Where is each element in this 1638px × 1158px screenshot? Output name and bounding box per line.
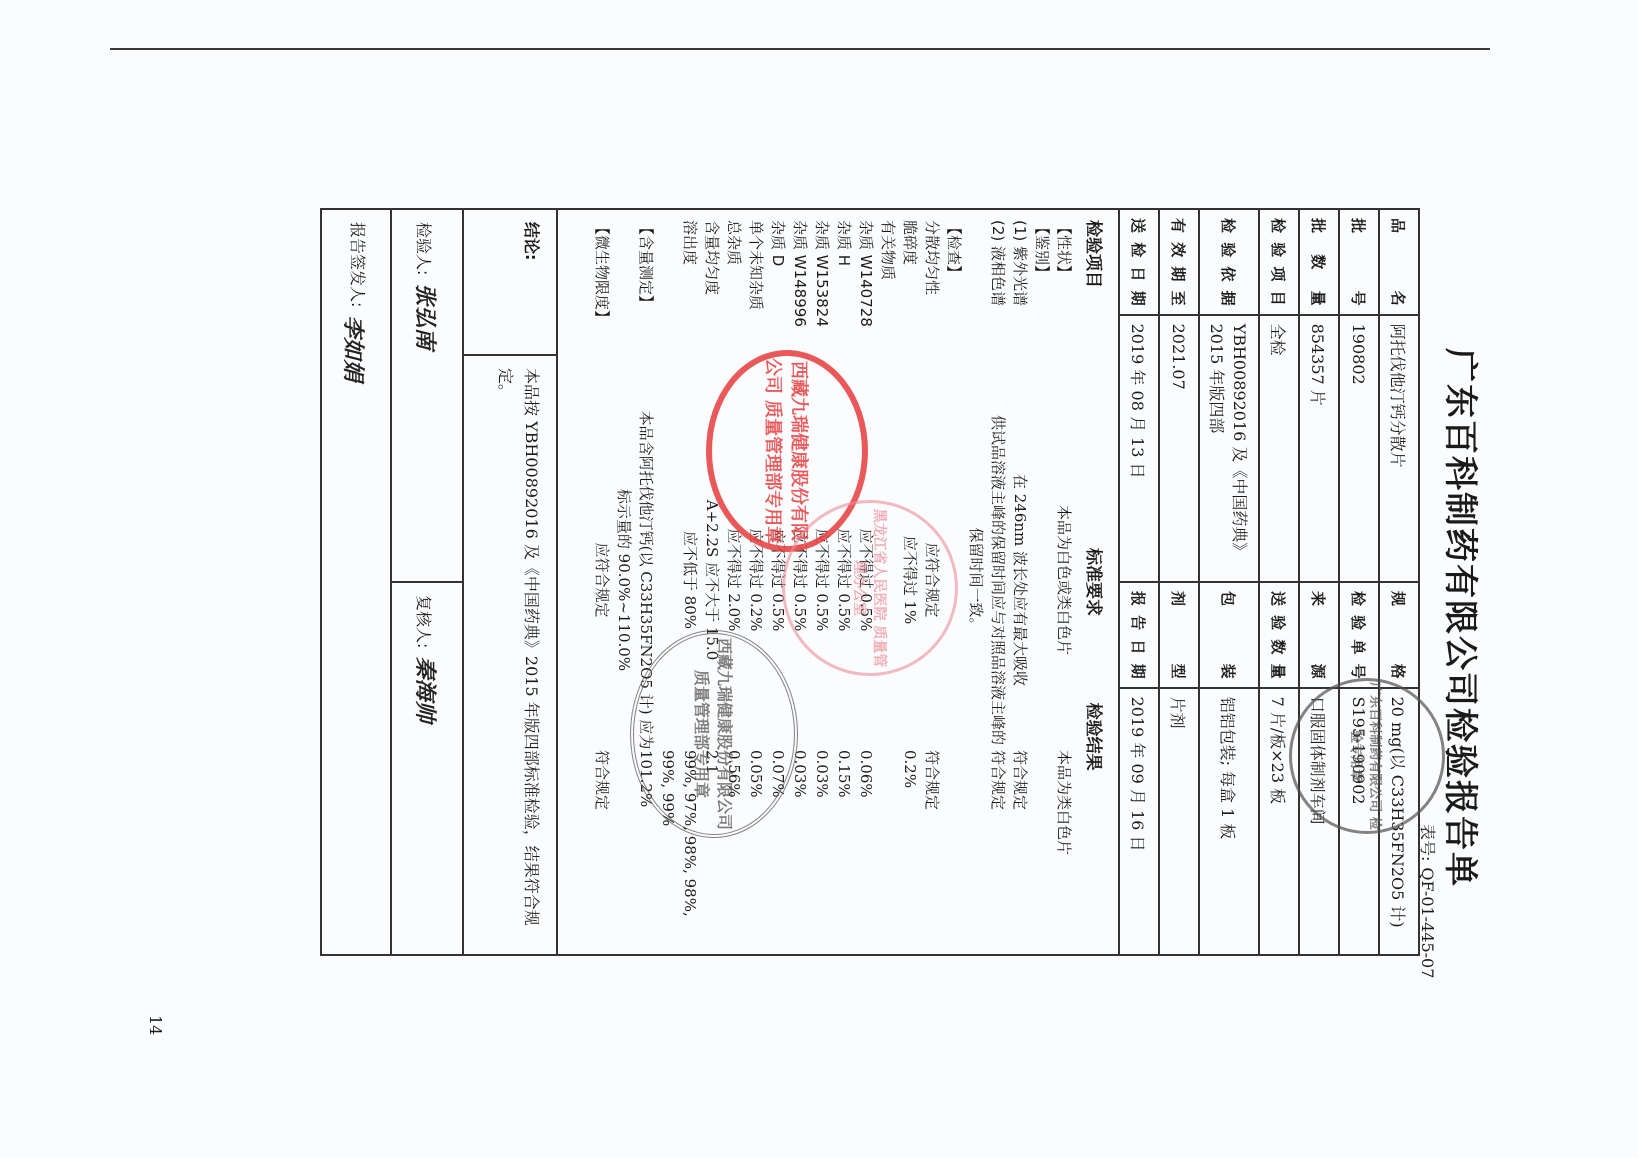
field-label: 送验数量 <box>1259 582 1299 688</box>
result-result: 符合规定 <box>921 750 943 944</box>
col-item: 检验项目 <box>1083 220 1108 461</box>
header-row: 检验项目全检送验数量7 片/板×23 板 <box>1259 209 1299 955</box>
result-item: 【检查】 <box>943 220 965 410</box>
col-result: 检验结果 <box>1083 703 1108 944</box>
result-result: 0.07% <box>767 750 789 944</box>
header-row: 品名阿托伐他汀钙分散片规格20 mg(以 C33H35FN2O5 计) <box>1379 209 1419 955</box>
result-standard <box>1031 410 1053 750</box>
field-label: 剂型 <box>1159 582 1199 688</box>
result-row: 总杂质应不得过 2.0%0.56% <box>723 210 745 954</box>
results-rows: 【性状】本品为白色或类白色片本品为类白色片【鉴别】(1) 紫外光谱在 246nm… <box>591 210 1075 954</box>
header-row: 批号190802检验单号S195-190902 <box>1339 209 1379 955</box>
conclusion-row: 结论: 本品按 YBH00892016 及《中国药典》2015 年版四部标准检验… <box>462 208 556 956</box>
results-section: 检验项目 标准要求 检验结果 【性状】本品为白色或类白色片本品为类白色片【鉴别】… <box>556 208 1118 956</box>
result-standard: 应不得过 0.5% <box>767 410 789 750</box>
field-label: 报告日期 <box>1119 582 1159 688</box>
result-item: 【含量测定】 <box>613 220 657 410</box>
field-label: 检验单号 <box>1339 582 1379 688</box>
result-standard: 应不低于 80% <box>657 410 701 750</box>
field-value: YBH00892016 及《中国药典》2015 年版四部 <box>1199 315 1259 582</box>
result-result <box>1031 750 1053 944</box>
field-value: 片剂 <box>1159 688 1199 955</box>
field-label: 批数量 <box>1299 209 1339 315</box>
field-value: 7 片/板×23 板 <box>1259 688 1299 955</box>
field-label: 品名 <box>1379 209 1419 315</box>
result-standard: 供试品溶液主峰的保留时间应与对照品溶液主峰的保留时间一致。 <box>965 410 1009 750</box>
scan-edge-line <box>110 48 1490 50</box>
signature-row: 检验人:张弘南 复核人:秦海帅 <box>390 208 462 956</box>
result-item: 【鉴别】 <box>1031 220 1053 410</box>
result-row: 杂质 W153824应不得过 0.5%0.03% <box>811 210 833 954</box>
result-item: (1) 紫外光谱 <box>1009 220 1031 410</box>
inspector-signature: 张弘南 <box>412 283 438 349</box>
result-result: 101.2% <box>613 750 657 944</box>
reviewer-label: 复核人: <box>414 595 433 648</box>
field-label: 检验项目 <box>1259 209 1299 315</box>
conclusion-text: 本品按 YBH00892016 及《中国药典》2015 年版四部标准检验，结果符… <box>464 356 556 954</box>
result-standard: 应不得过 0.5% <box>811 410 833 750</box>
result-result: 0.56% <box>723 750 745 944</box>
header-row: 检验依据YBH00892016 及《中国药典》2015 年版四部包装铝铝包装; … <box>1199 209 1259 955</box>
result-row: (2) 液相色谱供试品溶液主峰的保留时间应与对照品溶液主峰的保留时间一致。符合规… <box>965 210 1009 954</box>
field-value: 2021.07 <box>1159 315 1199 582</box>
result-row: 单个未知杂质应不得过 0.2%0.05% <box>745 210 767 954</box>
result-result: 0.05% <box>745 750 767 944</box>
header-table: 品名阿托伐他汀钙分散片规格20 mg(以 C33H35FN2O5 计)批号190… <box>1118 208 1420 956</box>
result-item: 杂质 W153824 <box>811 220 833 410</box>
result-item: 杂质 W140728 <box>855 220 877 410</box>
field-label: 包装 <box>1199 582 1259 688</box>
result-standard: 应符合规定 <box>921 410 943 750</box>
field-value: 口服固体制剂车间 <box>1299 688 1339 955</box>
result-result: 符合规定 <box>591 750 613 944</box>
form-number: 表号:QF-01-445-07 <box>1417 818 1440 978</box>
result-standard: 应不得过 1% <box>899 410 921 750</box>
result-row: 【检查】 <box>943 210 965 954</box>
result-row: (1) 紫外光谱在 246nm 波长处应有最大吸收符合规定 <box>1009 210 1031 954</box>
result-result: 符合规定 <box>965 750 1009 944</box>
result-item: 总杂质 <box>723 220 745 410</box>
col-standard: 标准要求 <box>1083 461 1108 702</box>
inspector-label: 检验人: <box>414 222 433 275</box>
result-row: 杂质 D应不得过 0.5%0.07% <box>767 210 789 954</box>
result-item: 【性状】 <box>1053 220 1075 410</box>
result-standard: 应不得过 0.5% <box>833 410 855 750</box>
field-label: 批号 <box>1339 209 1379 315</box>
result-row: 【性状】本品为白色或类白色片本品为类白色片 <box>1053 210 1075 954</box>
result-row: 脆碎度应不得过 1%0.2% <box>899 210 921 954</box>
result-result: 本品为类白色片 <box>1053 750 1075 944</box>
field-label: 规格 <box>1379 582 1419 688</box>
result-item: 杂质 D <box>767 220 789 410</box>
field-label: 检验依据 <box>1199 209 1259 315</box>
header-row: 有效期至2021.07剂型片剂 <box>1159 209 1199 955</box>
result-result: 2.1 <box>701 750 723 944</box>
results-header: 检验项目 标准要求 检验结果 <box>1075 210 1118 954</box>
form-number-label: 表号: <box>1418 824 1437 861</box>
result-row: 【含量测定】本品含阿托伐他汀钙(以 C33H35FN2O5 计) 应为标示量的 … <box>613 210 657 954</box>
result-row: 【微生物限度】应符合规定符合规定 <box>591 210 613 954</box>
result-result: 0.2% <box>899 750 921 944</box>
result-standard: A+2.2S 应不大于 15.0 <box>701 410 723 750</box>
field-value: 铝铝包装; 每盒 1 板 <box>1199 688 1259 955</box>
field-value: 2019 年 08 月 13 日 <box>1119 315 1159 582</box>
result-standard: 本品含阿托伐他汀钙(以 C33H35FN2O5 计) 应为标示量的 90.0%~… <box>613 410 657 750</box>
result-row: 含量均匀度A+2.2S 应不大于 15.02.1 <box>701 210 723 954</box>
result-result <box>877 750 899 944</box>
field-value: 854357 片 <box>1299 315 1339 582</box>
report-frame: 品名阿托伐他汀钙分散片规格20 mg(以 C33H35FN2O5 计)批号190… <box>420 208 1420 956</box>
field-label: 有效期至 <box>1159 209 1199 315</box>
result-item: 脆碎度 <box>899 220 921 410</box>
issuer-row: 报告签发人:李如娟 <box>320 208 390 956</box>
result-row: 分散均匀性应符合规定符合规定 <box>921 210 943 954</box>
result-result: 0.06% <box>855 750 877 944</box>
result-row: 杂质 H应不得过 0.5%0.15% <box>833 210 855 954</box>
field-value: S195-190902 <box>1339 688 1379 955</box>
issuer-signature: 李如娟 <box>342 315 370 381</box>
result-standard <box>877 410 899 750</box>
test-report: 广东百科制药有限公司检验报告单 表号:QF-01-445-07 品名阿托伐他汀钙… <box>240 208 1500 1028</box>
field-value: 190802 <box>1339 315 1379 582</box>
reviewer-signature: 秦海帅 <box>412 656 438 722</box>
result-result: 0.15% <box>833 750 855 944</box>
result-item: (2) 液相色谱 <box>965 220 1009 410</box>
result-row: 有关物质 <box>877 210 899 954</box>
field-value: 全检 <box>1259 315 1299 582</box>
result-standard: 应不得过 0.5% <box>855 410 877 750</box>
result-row: 杂质 W148996应不得过 0.5%0.03% <box>789 210 811 954</box>
result-standard <box>943 410 965 750</box>
field-value: 阿托伐他汀钙分散片 <box>1379 315 1419 582</box>
result-row: 【鉴别】 <box>1031 210 1053 954</box>
result-item: 有关物质 <box>877 220 899 410</box>
result-result <box>943 750 965 944</box>
result-standard: 应符合规定 <box>591 410 613 750</box>
result-standard: 应不得过 0.5% <box>789 410 811 750</box>
inspector-cell: 检验人:张弘南 <box>392 210 462 583</box>
result-item: 杂质 W148996 <box>789 220 811 410</box>
field-label: 送检日期 <box>1119 209 1159 315</box>
result-standard: 在 246nm 波长处应有最大吸收 <box>1009 410 1031 750</box>
result-result: 0.03% <box>789 750 811 944</box>
result-item: 含量均匀度 <box>701 220 723 410</box>
conclusion-label: 结论: <box>464 210 556 356</box>
issuer-label: 报告签发人: <box>342 222 370 307</box>
result-item: 单个未知杂质 <box>745 220 767 410</box>
field-value: 2019 年 09 月 16 日 <box>1119 688 1159 955</box>
result-standard: 应不得过 0.2% <box>745 410 767 750</box>
report-title: 广东百科制药有限公司检验报告单 <box>1439 258 1488 978</box>
result-result: 99%, 97%, 98%, 98%, 99%, 99% <box>657 750 701 944</box>
result-row: 溶出度应不低于 80%99%, 97%, 98%, 98%, 99%, 99% <box>657 210 701 954</box>
header-row: 送检日期2019 年 08 月 13 日报告日期2019 年 09 月 16 日 <box>1119 209 1159 955</box>
result-result: 符合规定 <box>1009 750 1031 944</box>
result-item: 溶出度 <box>657 220 701 410</box>
header-row: 批数量854357 片来源口服固体制剂车间 <box>1299 209 1339 955</box>
result-result: 0.03% <box>811 750 833 944</box>
reviewer-cell: 复核人:秦海帅 <box>392 583 462 954</box>
field-value: 20 mg(以 C33H35FN2O5 计) <box>1379 688 1419 955</box>
result-item: 分散均匀性 <box>921 220 943 410</box>
page-number: 14 <box>146 1015 165 1035</box>
field-label: 来源 <box>1299 582 1339 688</box>
result-standard: 应不得过 2.0% <box>723 410 745 750</box>
result-item: 【微生物限度】 <box>591 220 613 410</box>
form-number-value: QF-01-445-07 <box>1418 867 1437 978</box>
result-row: 杂质 W140728应不得过 0.5%0.06% <box>855 210 877 954</box>
result-item: 杂质 H <box>833 220 855 410</box>
result-standard: 本品为白色或类白色片 <box>1053 410 1075 750</box>
